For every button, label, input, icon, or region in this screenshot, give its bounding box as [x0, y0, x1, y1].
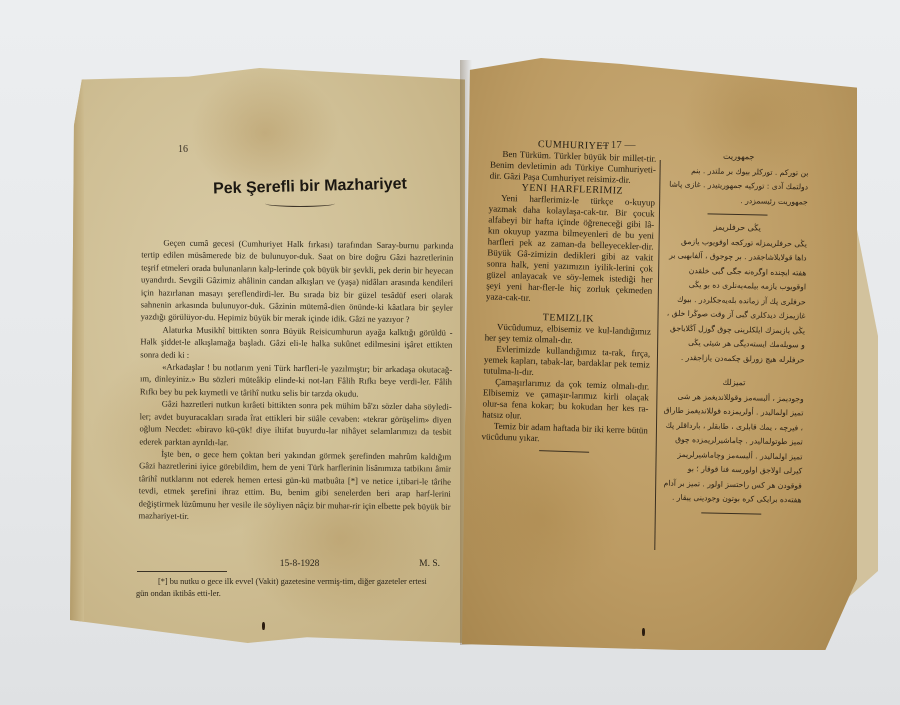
section-text: وجوديمز ، ألبسه‌مز وقوللانديغمز هر شى تم… [661, 389, 803, 508]
latin-script-column: CUMHURIYET Ben Türküm. Türkler büyük bir… [481, 137, 657, 454]
section-text: Temiz bir adam haftada bir iki kerre büt… [481, 420, 648, 447]
section-text: Evlerimizde kullandığımız ta-rak, fırça,… [483, 343, 650, 381]
section-text: يڭى حرفلريمزله توركجه اوقويوب يازمق داها… [664, 234, 807, 367]
section-text: Çamaşırlarımız da çok temiz olmalı-dır. … [482, 376, 649, 425]
section-text: Ben Türküm. Türkler büyük bir millet-tir… [490, 148, 657, 186]
left-page-number: 16 [178, 144, 188, 155]
article-paragraph: «Arkadaşlar ! bu notlarım yeni Türk harf… [140, 360, 452, 400]
article-date: 15-8-1928 [280, 559, 320, 569]
ottoman-script-column: جمهوريت بن توركم . توركلر بيوك بر ملتدر … [661, 149, 809, 521]
article-paragraph: Geçen cumâ gecesi (Cumhuriyet Halk fırka… [141, 236, 454, 326]
author-initials: M. S. [419, 559, 440, 569]
binding-hole [642, 628, 645, 636]
section-text: Yeni harflerimiz-le türkçe o-kuyup yazma… [486, 192, 655, 307]
footnote-rule [137, 571, 227, 572]
article-paragraph: Alaturka Musikhî bittikten sonra Büyük R… [140, 323, 452, 363]
open-booklet: 16 Pek Şerefli bir Mazhariyet Geçen cumâ… [0, 0, 900, 705]
water-stain [462, 438, 622, 598]
title-ornament [265, 200, 335, 207]
article-body: Geçen cumâ gecesi (Cumhuriyet Halk fırka… [139, 236, 454, 525]
article-paragraph: İşte ben, o gece hem çoktan beri yakında… [139, 447, 452, 525]
footnote: [*] bu nutku o gece ilk evvel (Vakit) ga… [136, 576, 436, 599]
binding-hole [262, 622, 265, 630]
section-text: بن توركم . توركلر بيوك بر ملتدر . بنم دو… [668, 163, 809, 209]
section-rule [708, 213, 768, 215]
end-rule [701, 512, 761, 514]
article-paragraph: Gâzi hazretleri nutkun kırâeti bittikten… [139, 398, 452, 451]
date-signature-line: 15-8-1928 M. S. [180, 559, 440, 569]
